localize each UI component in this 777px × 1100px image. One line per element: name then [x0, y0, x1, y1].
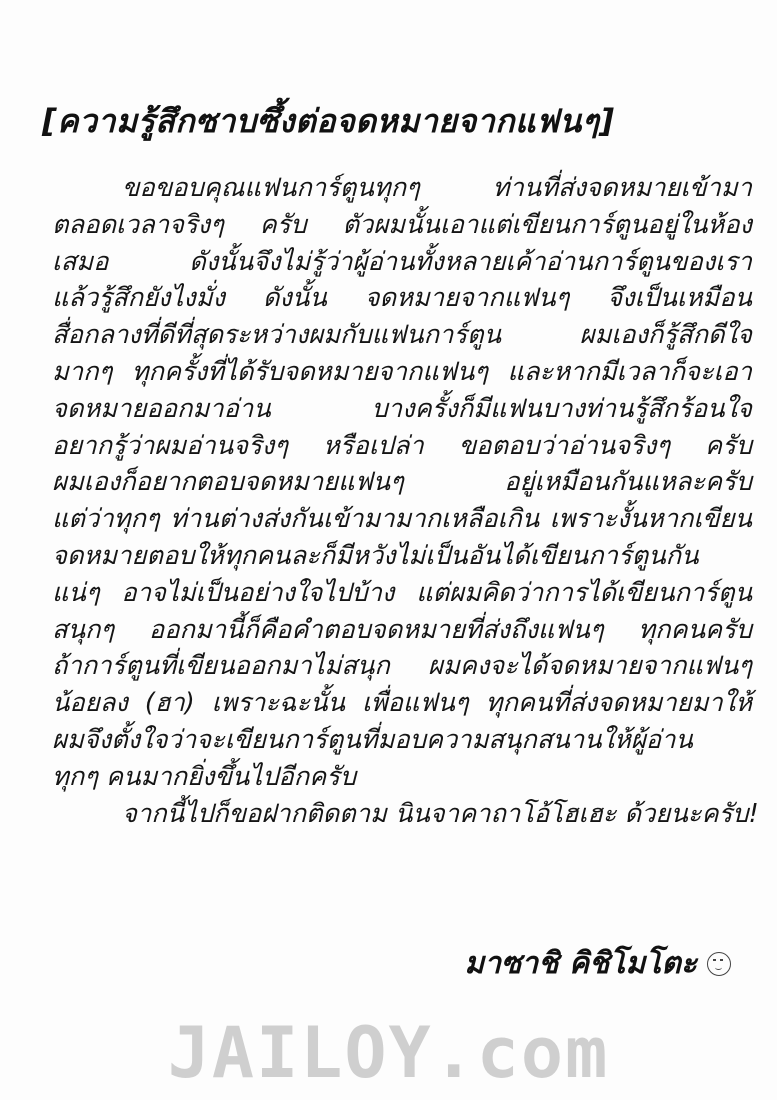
author-signature: มาซาชิ คิชิโมโตะ	[464, 940, 731, 987]
smiley-face-icon	[707, 952, 731, 976]
body-line: เสมอ ดังนั้นจึงไม่รู้ว่าผู้อ่านทั้งหลายเ…	[52, 244, 752, 281]
body-line: ผมเองก็อยากตอบจดหมายแฟนๆ อยู่เหมือนกันแห…	[52, 464, 752, 501]
signature-name: มาซาชิ คิชิโมโตะ	[464, 940, 697, 987]
body-line: แน่ๆ อาจไม่เป็นอย่างใจไปบ้าง แต่ผมคิดว่า…	[52, 575, 752, 612]
document-page: [ความรู้สึกซาบซึ้งต่อจดหมายจากแฟนๆ] ขอขอ…	[0, 0, 777, 1100]
letter-body: ขอขอบคุณแฟนการ์ตูนทุกๆ ท่านที่ส่งจดหมายเ…	[52, 170, 752, 832]
page-title: [ความรู้สึกซาบซึ้งต่อจดหมายจากแฟนๆ]	[42, 96, 615, 147]
body-line: สื่อกลางที่ดีที่สุดระหว่างผมกับแฟนการ์ตู…	[52, 317, 752, 354]
body-line: แล้วรู้สึกยังไงมั่ง ดังนั้น จดหมายจากแฟน…	[52, 280, 752, 317]
body-line: ตลอดเวลาจริงๆ ครับ ตัวผมนั้นเอาแต่เขียนก…	[52, 207, 752, 244]
body-line: ถ้าการ์ตูนที่เขียนออกมาไม่สนุก ผมคงจะได้…	[52, 648, 752, 685]
body-line: อยากรู้ว่าผมอ่านจริงๆ หรือเปล่า ขอตอบว่า…	[52, 428, 752, 465]
body-line: น้อยลง (ฮา) เพราะฉะนั้น เพื่อแฟนๆ ทุกคนท…	[52, 685, 752, 722]
body-line: สนุกๆ ออกมานี้ก็คือคำตอบจดหมายที่ส่งถึงแ…	[52, 612, 752, 649]
body-line: ผมจึงตั้งใจว่าจะเขียนการ์ตูนที่มอบความสน…	[52, 722, 752, 759]
body-line: จดหมายตอบให้ทุกคนละก็มีหวังไม่เป็นอันได้…	[52, 538, 752, 575]
watermark: JAILOY.com	[0, 1012, 777, 1094]
body-line: แต่ว่าทุกๆ ท่านต่างส่งกันเข้ามามากเหลือเ…	[52, 501, 752, 538]
body-line: ขอขอบคุณแฟนการ์ตูนทุกๆ ท่านที่ส่งจดหมายเ…	[52, 170, 752, 207]
closing-line: จากนี้ไปก็ขอฝากติดตาม นินจาคาถาโอ้โฮเฮะ …	[52, 796, 752, 833]
body-line: จดหมายออกมาอ่าน บางครั้งก็มีแฟนบางท่านรู…	[52, 391, 752, 428]
body-line: ทุกๆ คนมากยิ่งขึ้นไปอีกครับ	[52, 759, 752, 796]
body-line: มากๆ ทุกครั้งที่ได้รับจดหมายจากแฟนๆ และห…	[52, 354, 752, 391]
